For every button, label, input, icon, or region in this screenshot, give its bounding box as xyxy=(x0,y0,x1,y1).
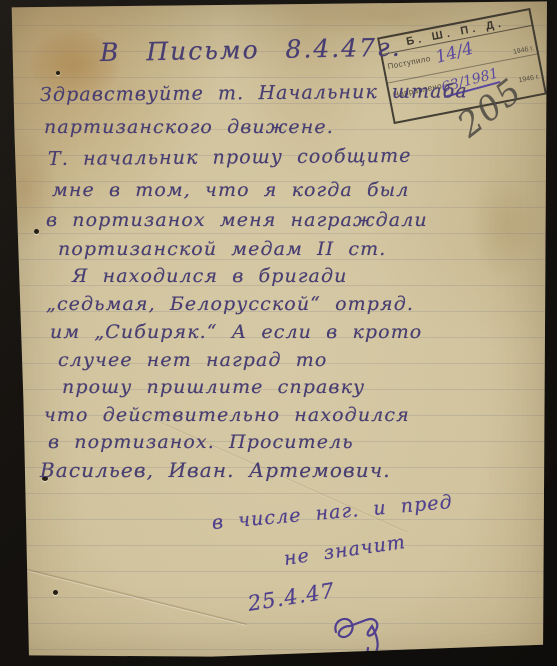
photo-background: Б. Ш. П. Д. Поступило 14/4 1946 г. Напра… xyxy=(0,0,557,666)
signature-scribble xyxy=(322,608,432,660)
letter-line: портизанской медам II ст. xyxy=(58,238,386,260)
paper-stain xyxy=(470,170,540,280)
stamp-year-received: 1946 г. xyxy=(513,45,535,56)
letter-line: случее нет наград то xyxy=(58,349,327,371)
letter-line: прошу пришлите справку xyxy=(62,376,365,398)
letter-paper: Б. Ш. П. Д. Поступило 14/4 1946 г. Напра… xyxy=(0,0,557,666)
letter-line: Я находился в бригади xyxy=(72,265,347,287)
stamp-year-forwarded: 1946 г. xyxy=(518,73,540,84)
letter-line: что действительно находился xyxy=(44,404,410,426)
letter-line: в портизанох меня награждали xyxy=(46,209,428,231)
letter-postscript-line: не значит xyxy=(282,531,407,570)
stamp-value-received: 14/4 xyxy=(433,39,475,68)
paper-crease xyxy=(23,567,247,627)
letter-postscript-line: в числе наг. и пред xyxy=(211,491,454,534)
letter-heading: В Письмо 8.4.47г. xyxy=(100,33,402,67)
letter-line: мне в том, что я когда был xyxy=(52,179,409,201)
pinhole xyxy=(53,590,58,595)
letter-line: Т. начальник прошу сообщите xyxy=(48,145,412,170)
pinhole xyxy=(56,71,60,75)
letter-line: в портизанох. Проситель xyxy=(48,431,354,453)
letter-line: Здравствуйте т. Начальник штаба xyxy=(40,80,468,106)
pinhole xyxy=(34,229,39,234)
letter-line: им „Сибиряк.“ А если в крото xyxy=(50,321,422,343)
letter-line: „седьмая, Белорусской“ отряд. xyxy=(46,293,414,315)
letter-line: Васильев, Иван. Артемович. xyxy=(40,458,391,482)
letter-line: партизанского движене. xyxy=(44,116,334,138)
